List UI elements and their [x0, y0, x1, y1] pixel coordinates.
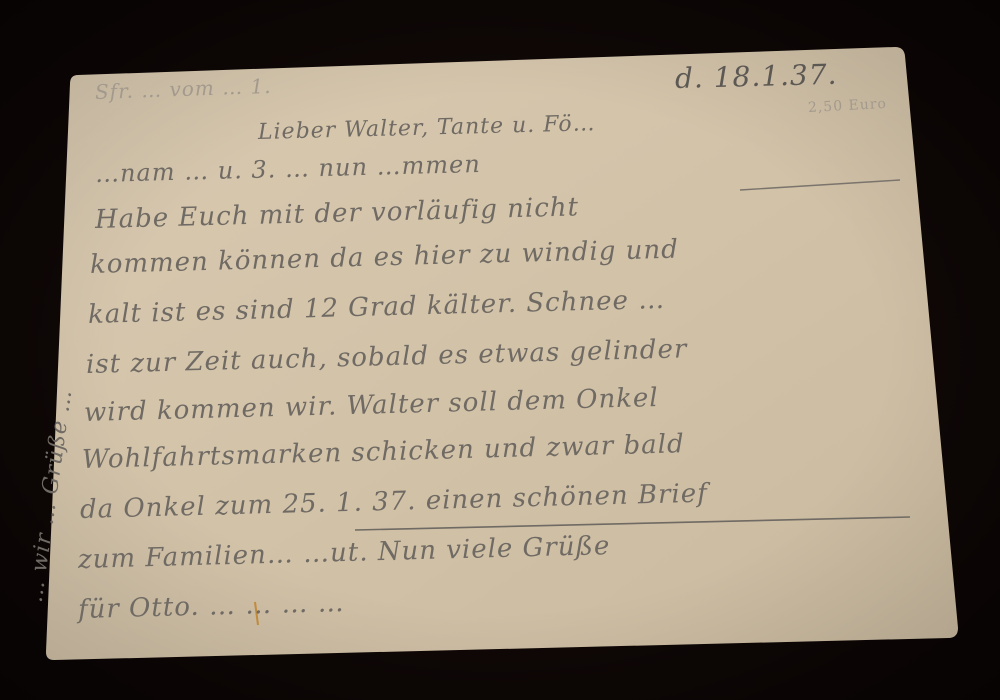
postcard-photo: Sfr. … vom … 1. d. 18.1.37. 2,50 Euro Li…	[0, 0, 1000, 700]
date-line: d. 18.1.37.	[675, 58, 838, 95]
